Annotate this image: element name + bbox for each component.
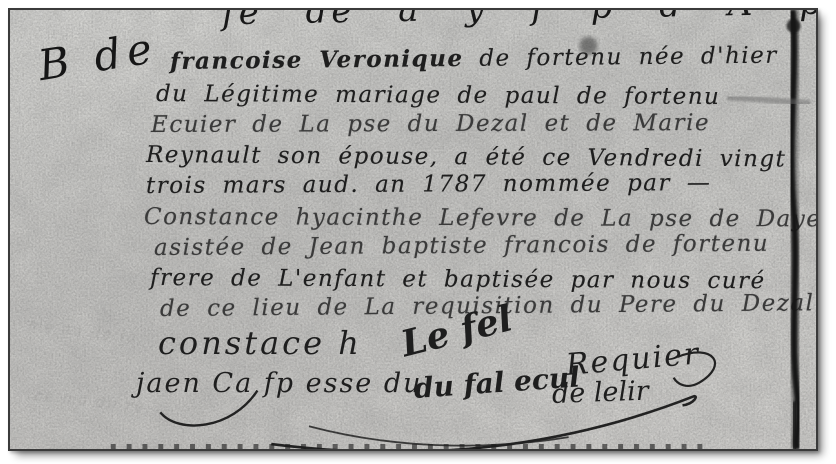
bleedthrough-line-2: ce ma du re: [33, 386, 146, 416]
parish-register-scan: fe de a y f p d A p B de francoise Veron…: [8, 8, 818, 451]
act-line-1-rest: de fortenu née d'hier: [479, 43, 778, 72]
act-line-5: trois mars aud. an 1787 nommée par —: [146, 170, 711, 199]
act-line-4: Reynault son épouse, a été ce Vendredi v…: [146, 142, 787, 172]
signature-jean: jaen Ca fp esse du: [136, 368, 423, 399]
act-line-7: asistée de Jean baptiste francois de for…: [154, 231, 769, 261]
cropped-previous-act-line: fe de a y f p d A p: [222, 8, 818, 33]
act-line-6: Constance hyacinthe Lefevre de La pse de…: [144, 204, 818, 232]
act-line-3: Ecuier de La pse du Dezal et de Marie: [151, 110, 710, 138]
act-line-1-name: francoise Veronique: [170, 45, 464, 75]
act-line-8: frere de L'enfant et baptisée par nous c…: [150, 265, 766, 294]
signature-requier-second: de lelir: [551, 376, 649, 410]
signature-constance: constace h: [158, 324, 362, 362]
act-line-1: francoise Veronique de fortenu née d'hie…: [170, 42, 778, 75]
scanned-register-image: fe de a y f p d A p B de francoise Veron…: [0, 0, 836, 464]
act-line-2: du Légitime mariage de paul de fortenu: [156, 81, 721, 110]
margin-note-b-de: B de: [35, 23, 161, 90]
bleedthrough-line-1: me au de la: [27, 315, 139, 346]
